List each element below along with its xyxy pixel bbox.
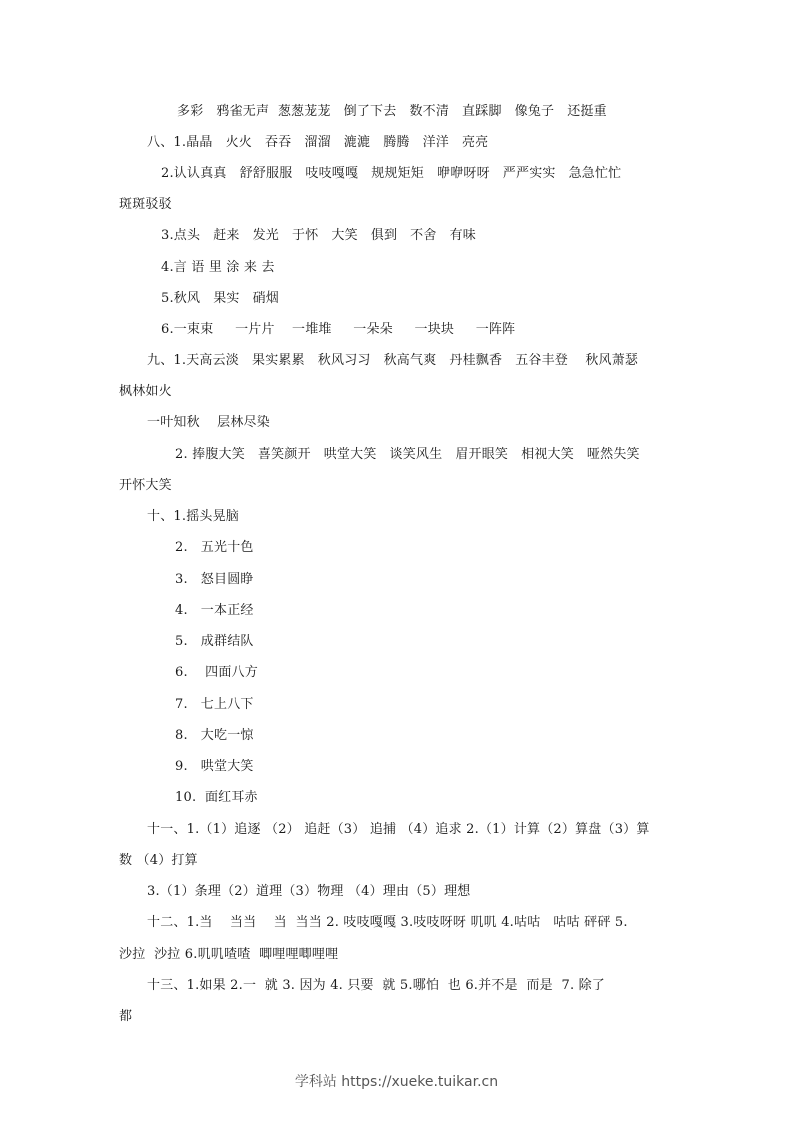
text-line: 2.认认真真 舒舒服服 吱吱嘎嘎 规规矩矩 咿咿呀呀 严严实实 急急忙忙 bbox=[161, 166, 621, 182]
text-line: 斑斑驳驳 bbox=[119, 197, 172, 213]
text-line: 5.秋风 果实 硝烟 bbox=[161, 291, 279, 307]
text-line: 开怀大笑 bbox=[119, 478, 172, 494]
section-9-heading: 九、1.天高云淡 果实累累 秋风习习 秋高气爽 丹桂飘香 五谷丰登 秋风萧瑟 bbox=[147, 353, 638, 369]
text-line: 沙拉 沙拉 6.叽叽喳喳 唧哩哩唧哩哩 bbox=[119, 947, 338, 963]
text-line: 4. 一本正经 bbox=[175, 603, 254, 619]
watermark-footer: 学科站 https://xueke.tuikar.cn bbox=[0, 1071, 793, 1091]
section-10-heading: 十、1.摇头晃脑 bbox=[147, 509, 239, 525]
text-line: 一叶知秋 层林尽染 bbox=[147, 415, 270, 431]
section-11-heading: 十一、1.（1）追逐 （2） 追赶（3） 追捕 （4）追求 2.（1）计算（2）… bbox=[147, 822, 650, 838]
text-line: 3.（1）条理（2）道理（3）物理 （4）理由（5）理想 bbox=[147, 884, 471, 900]
text-line: 6. 四面八方 bbox=[175, 665, 258, 681]
text-line: 7. 七上八下 bbox=[175, 697, 254, 713]
text-line: 4.言 语 里 涂 来 去 bbox=[161, 260, 275, 276]
text-line: 枫林如火 bbox=[119, 384, 172, 400]
text-line: 10. 面红耳赤 bbox=[175, 790, 258, 806]
text-line: 2. 捧腹大笑 喜笑颜开 哄堂大笑 谈笑风生 眉开眼笑 相视大笑 哑然失笑 bbox=[175, 447, 640, 463]
text-line: 6.一束束 一片片 一堆堆 一朵朵 一块块 一阵阵 bbox=[161, 322, 515, 338]
text-line: 都 bbox=[119, 1009, 132, 1025]
text-line: 8. 大吃一惊 bbox=[175, 728, 254, 744]
text-line: 3. 怒目圆睁 bbox=[175, 572, 254, 588]
text-line: 2. 五光十色 bbox=[175, 540, 254, 556]
text-line: 3.点头 赶来 发光 于怀 大笑 俱到 不舍 有味 bbox=[161, 228, 476, 244]
section-13-heading: 十三、1.如果 2.一 就 3. 因为 4. 只要 就 5.哪怕 也 6.并不是… bbox=[147, 978, 605, 994]
section-8-heading: 八、1.晶晶 火火 吞吞 溜溜 漉漉 腾腾 洋洋 亮亮 bbox=[147, 135, 488, 151]
section-12-heading: 十二、1.当 当当 当 当当 2. 吱吱嘎嘎 3.吱吱呀呀 叽叽 4.咕咕 咕咕… bbox=[147, 915, 628, 931]
text-line: 数 （4）打算 bbox=[119, 853, 198, 869]
text-line: 9. 哄堂大笑 bbox=[175, 759, 254, 775]
text-line: 多彩 鸦雀无声 葱葱茏茏 倒了下去 数不清 直踩脚 像兔子 还挺重 bbox=[177, 104, 607, 120]
text-line: 5. 成群结队 bbox=[175, 634, 254, 650]
